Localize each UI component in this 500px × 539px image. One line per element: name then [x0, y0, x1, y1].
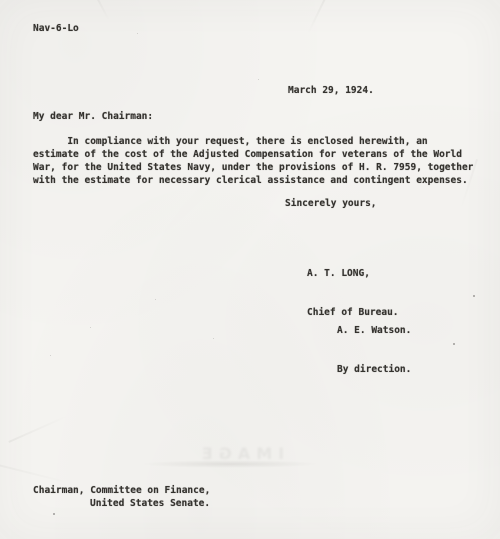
- recipient-line-2: United States Senate.: [90, 497, 210, 510]
- paper-speck: [213, 338, 214, 339]
- paper-crease: [307, 0, 327, 34]
- scanned-letter-page: IMAGE Nav-6-Lo March 29, 1924. My dear M…: [0, 0, 500, 539]
- salutation: My dear Mr. Chairman:: [33, 110, 153, 123]
- paper-speck: [137, 33, 138, 34]
- reference-code: Nav-6-Lo: [33, 22, 79, 35]
- paper-crease: [8, 415, 67, 443]
- recipient-line-1: Chairman, Committee on Finance,: [33, 484, 210, 497]
- by-direction-name: A. E. Watson.: [337, 324, 411, 337]
- paper-crease: [96, 0, 110, 21]
- paper-crease: [0, 462, 71, 484]
- paper-speck: [453, 343, 455, 345]
- mirrored-show-through-stamp: IMAGE: [150, 444, 330, 463]
- date-line: March 29, 1924.: [288, 84, 374, 97]
- by-direction-note: By direction.: [337, 363, 411, 376]
- signature-name: A. T. LONG,: [307, 267, 399, 280]
- paper-speck: [155, 299, 156, 300]
- paper-speck: [90, 327, 91, 328]
- paper-speck: [50, 355, 51, 356]
- paper-speck: [53, 513, 55, 515]
- paper-speck: [258, 79, 259, 80]
- paper-speck: [473, 295, 475, 297]
- by-direction-block: A. E. Watson. By direction.: [337, 298, 411, 402]
- body-paragraph: In compliance with your request, there i…: [33, 135, 488, 187]
- closing-line: Sincerely yours,: [285, 197, 377, 210]
